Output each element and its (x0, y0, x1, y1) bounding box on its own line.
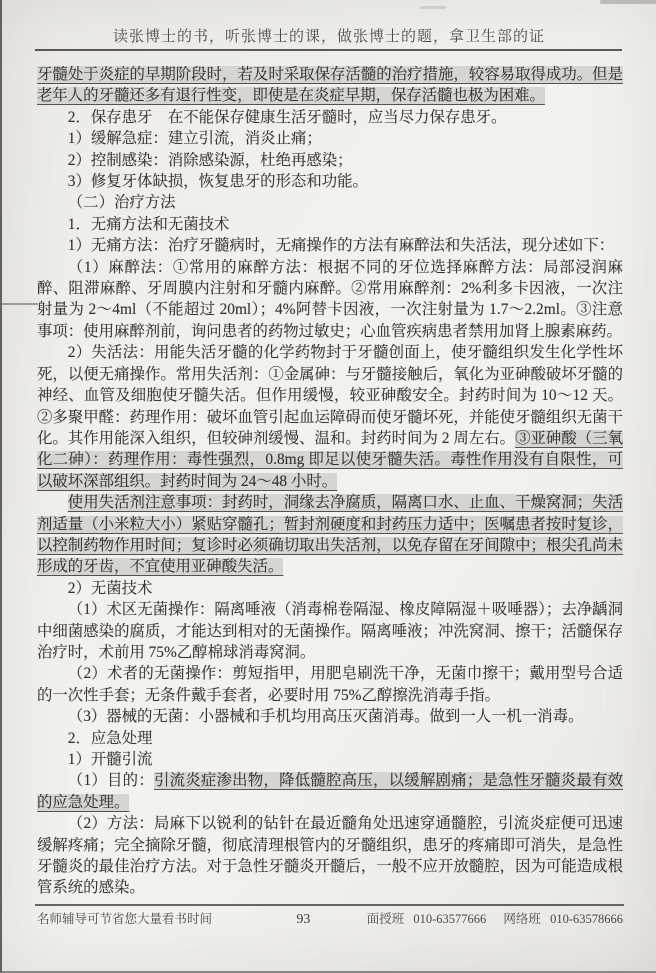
text-segment: 2）无菌技术 (68, 580, 153, 597)
text-segment: （3）器械的无菌：小器械和手机均用高压灭菌消毒。做到一人一机一消毒。 (68, 708, 584, 725)
footer-contact-phone: 010-63578666 (550, 912, 623, 926)
text-segment: （1）目的： (68, 772, 154, 789)
highlighted-text: 使用失活剂注意事项：封药时，洞缘去净腐质，隔离口水、止血、干燥窝洞；失活剂适量（… (37, 494, 623, 575)
page-footer: 名师辅导可节省您大量看书时间 93 面授班 010-63577666 网络班 0… (37, 909, 623, 928)
paragraph: 1）无痛方法：治疗牙髓病时，无痛操作的方法有麻醉法和失活法，现分述如下： (37, 235, 623, 256)
text-segment: （1）麻醉法：①常用的麻醉方法：根据不同的牙位选择麻醉方法：局部浸润麻醉、阻滞麻… (37, 259, 623, 340)
paragraph: （2）方法：局麻下以锐利的钻针在最近髓角处迅速穿通髓腔，引流炎症便可迅速缓解疼痛… (37, 813, 623, 899)
paragraph: 1）缓解急症：建立引流，消炎止痛； (37, 128, 623, 149)
paragraph: 2）控制感染：消除感染源，杜绝再感染； (37, 150, 623, 171)
paragraph: 1．无痛方法和无菌技术 (37, 214, 623, 235)
paragraph: 2．应急处理 (37, 728, 623, 749)
paragraph: 牙髓处于炎症的早期阶段时，若及时采取保存活髓的治疗措施，较容易取得成功。但是老年… (37, 64, 623, 107)
paragraph: （1）麻醉法：①常用的麻醉方法：根据不同的牙位选择麻醉方法：局部浸润麻醉、阻滞麻… (37, 257, 623, 343)
text-segment: （1）术区无菌操作：隔离唾液（消毒棉卷隔湿、橡皮障隔湿＋吸唾器）；去净龋洞中细菌… (37, 601, 623, 661)
scan-smudge (600, 0, 656, 4)
paragraph: （二）治疗方法 (37, 192, 623, 213)
footer-contact-label: 网络班 (503, 912, 541, 926)
footer-contacts: 面授班 010-63577666 网络班 010-63578666 (367, 909, 623, 927)
highlighted-text: 牙髓处于炎症的早期阶段时，若及时采取保存活髓的治疗措施，较容易取得成功。但是老年… (37, 66, 623, 104)
footer-left-text: 名师辅导可节省您大量看书时间 (37, 909, 212, 927)
text-segment: （2）方法：局麻下以锐利的钻针在最近髓角处迅速穿通髓腔，引流炎症便可迅速缓解疼痛… (37, 815, 623, 896)
footer-contact-phone: 010-63577666 (413, 912, 486, 926)
scan-margin-dash (2, 303, 38, 305)
paragraph: （1）术区无菌操作：隔离唾液（消毒棉卷隔湿、橡皮障隔湿＋吸唾器）；去净龋洞中细菌… (37, 599, 623, 663)
text-segment: （2）术者的无菌操作：剪短指甲，用肥皂刷洗干净，无菌巾擦干；戴用型号合适的一次性… (37, 665, 623, 703)
text-segment: （二）治疗方法 (68, 194, 176, 211)
page-number: 93 (296, 912, 310, 928)
text-segment: 1）缓解急症：建立引流，消炎止痛； (68, 130, 322, 147)
scanned-page: 读张博士的书，听张博士的课，做张博士的题，拿卫生部的证 牙髓处于炎症的早期阶段时… (0, 0, 656, 973)
paragraph: 2．保存患牙 在不能保存健康生活牙髓时，应当尽力保存患牙。 (37, 107, 623, 128)
text-segment: 2．保存患牙 在不能保存健康生活牙髓时，应当尽力保存患牙。 (68, 109, 507, 126)
paragraph: 2）无菌技术 (37, 578, 623, 599)
text-segment: 2．应急处理 (68, 730, 153, 747)
paragraph: （3）器械的无菌：小器械和手机均用高压灭菌消毒。做到一人一机一消毒。 (37, 706, 623, 727)
document-body: 牙髓处于炎症的早期阶段时，若及时采取保存活髓的治疗措施，较容易取得成功。但是老年… (37, 64, 623, 899)
paragraph: （2）术者的无菌操作：剪短指甲，用肥皂刷洗干净，无菌巾擦干；戴用型号合适的一次性… (37, 663, 623, 706)
paragraph: 3）修复牙体缺损，恢复患牙的形态和功能。 (37, 171, 623, 192)
paragraph: （1）目的：引流炎症渗出物，降低髓腔高压，以缓解剧痛；是急性牙髓炎最有效的应急处… (37, 770, 623, 813)
paragraph: 1）开髓引流 (37, 749, 623, 770)
text-segment: 2）控制感染：消除感染源，杜绝再感染； (68, 152, 353, 169)
header-slogan: 读张博士的书，听张博士的课，做张博士的题，拿卫生部的证 (2, 25, 656, 46)
text-segment: 1．无痛方法和无菌技术 (68, 216, 230, 233)
paragraph: 2）失活法：用能失活牙髓的化学药物封于牙髓创面上，使牙髓组织发生化学性坏死，以便… (37, 342, 623, 492)
text-segment: 3）修复牙体缺损，恢复患牙的形态和功能。 (68, 173, 368, 190)
scan-streak (420, 6, 446, 9)
footer-contact-label: 面授班 (367, 912, 405, 926)
header-rule (35, 49, 622, 51)
paragraph: 使用失活剂注意事项：封药时，洞缘去净腐质，隔离口水、止血、干燥窝洞；失活剂适量（… (37, 492, 623, 578)
text-segment: 1）开髓引流 (68, 751, 153, 768)
text-segment: 1）无痛方法：治疗牙髓病时，无痛操作的方法有麻醉法和失活法，现分述如下： (68, 237, 614, 254)
footer-rule (35, 904, 624, 906)
